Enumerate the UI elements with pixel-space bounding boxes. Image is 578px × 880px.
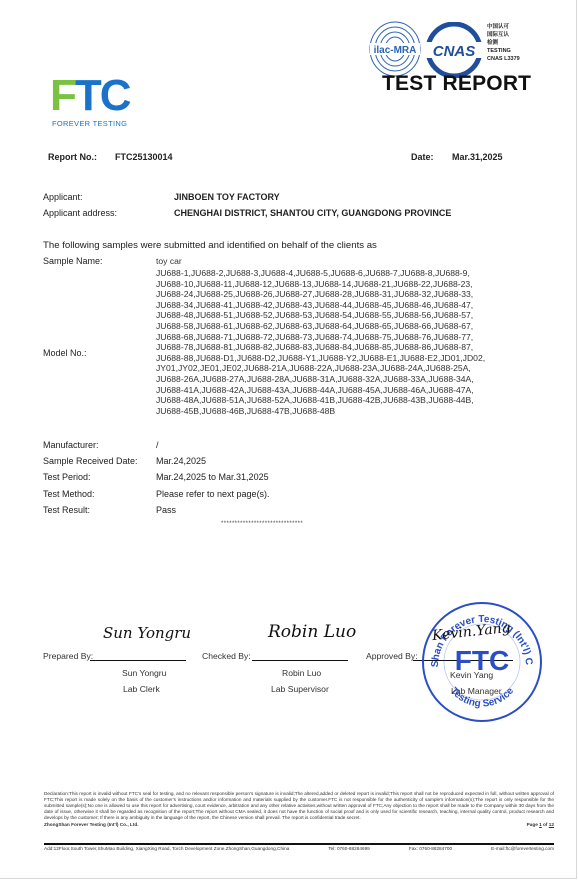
checked-by-label: Checked By: (202, 651, 251, 661)
model-number-line: JU688-48,JU688-51,JU688-52,JU688-53,JU68… (156, 310, 556, 321)
model-number-line: JU688-1,JU688-2,JU688-3,JU688-4,JU688-5,… (156, 268, 556, 279)
applicant-address: CHENGHAI DISTRICT, SHANTOU CITY, GUANGDO… (174, 208, 451, 218)
model-number-line: JY01,JY02,JE01,JE02,JU688-21A,JU688-22A,… (156, 363, 556, 374)
ftc-logo: FTC FOREVER TESTING (50, 74, 140, 134)
cnas-line: 国际互认 (487, 31, 520, 39)
report-number: FTC25130014 (115, 152, 173, 162)
report-number-label: Report No.: (48, 152, 97, 162)
footer-fax: Fax: 0760-88284700 (409, 846, 452, 851)
detail-label: Sample Received Date: (43, 456, 138, 466)
footer-email: E-mail:ftc@forevertesting.com (491, 846, 554, 851)
model-number-line: JU688-24,JU688-25,JU688-26,JU688-27,JU68… (156, 289, 556, 300)
prepared-by-label: Prepared By: (43, 651, 93, 661)
model-number-line: JU688-48A,JU688-51A,JU688-52A,JU688-41B,… (156, 395, 556, 406)
declaration-text: Declaration:This report is invalid witho… (44, 791, 554, 820)
footer: Add:12Floor,South Tower,ShuMao Building,… (44, 846, 554, 851)
model-number-line: JU688-34,JU688-41,JU688-42,JU688-43,JU68… (156, 300, 556, 311)
detail-value: / (156, 440, 159, 450)
approved-by-label: Approved By: (366, 651, 418, 661)
svg-text:ilac-MRA: ilac-MRA (374, 45, 417, 56)
prepared-role: Lab Clerk (123, 684, 160, 694)
detail-value: Please refer to next page(s). (156, 489, 270, 499)
company-seal-icon: ZhongShan Forever Testing (Int'l) Co., L… (420, 600, 544, 724)
page-prefix: Page (527, 822, 540, 827)
separator: ****************************** (221, 521, 303, 527)
applicant-label: Applicant: (43, 192, 83, 202)
checked-name: Robin Luo (282, 668, 321, 678)
model-number-label: Model No.: (43, 348, 87, 358)
approved-name: Kevin Yang (450, 670, 493, 680)
detail-label: Test Period: (43, 472, 91, 482)
detail-value: Pass (156, 505, 176, 515)
detail-label: Test Method: (43, 489, 95, 499)
prepared-signature-line (90, 660, 186, 661)
detail-value: Mar.24,2025 to Mar.31,2025 (156, 472, 269, 482)
page-of: of (542, 822, 549, 827)
prepared-signature: Sun Yongru (103, 624, 191, 642)
page-total: 12 (549, 822, 554, 827)
model-number-line: JU688-58,JU688-61,JU688-62,JU688-63,JU68… (156, 321, 556, 332)
page-indicator: Page 1 of 12 (527, 822, 554, 828)
company-name: ZhongShan Forever Testing (Int'l) Co., L… (44, 822, 139, 828)
model-number-line: JU688-68,JU688-71,JU688-72,JU688-73,JU68… (156, 332, 556, 343)
model-number-line: JU688-88,JU688-D1,JU688-D2,JU688-Y1,JU68… (156, 353, 556, 364)
declaration: Declaration:This report is invalid witho… (44, 791, 554, 829)
cnas-line: TESTING (487, 47, 520, 55)
date-label: Date: (411, 152, 434, 162)
footer-tel: Tel: 0760-88284699 (328, 846, 369, 851)
applicant-value: JINBOEN TOY FACTORY (174, 192, 280, 202)
footer-address: Add:12Floor,South Tower,ShuMao Building,… (44, 846, 289, 851)
model-number-line: JU688-10,JU688-11,JU688-12,JU688-13,JU68… (156, 279, 556, 290)
ftc-logo-letters: FTC (50, 74, 130, 118)
ftc-logo-tagline: FOREVER TESTING (52, 119, 127, 128)
report-date: Mar.31,2025 (452, 152, 503, 162)
cnas-logo-icon: CNAS (426, 22, 482, 78)
model-number-line: JU688-26A,JU688-27A,JU688-28A,JU688-31A,… (156, 374, 556, 385)
svg-text:CNAS: CNAS (433, 43, 476, 60)
footer-divider (44, 843, 554, 845)
ilac-mra-logo-icon: ilac-MRA (368, 20, 422, 78)
detail-value: Mar.24,2025 (156, 456, 206, 466)
intro-text: The following samples were submitted and… (43, 240, 377, 251)
approved-role: Lab Manager (451, 686, 502, 696)
prepared-name: Sun Yongru (122, 668, 166, 678)
model-number-line: JU688-41A,JU688-42A,JU688-43A,JU688-44A,… (156, 385, 556, 396)
model-number-line: JU688-78,JU688-81,JU688-82,JU688-83,JU68… (156, 342, 556, 353)
checked-role: Lab Supervisor (271, 684, 329, 694)
cnas-line: 中国认可 (487, 23, 520, 31)
page-title: TEST REPORT (382, 72, 531, 96)
cnas-accreditation-text: 中国认可 国际互认 检测 TESTING CNAS L3379 (487, 23, 520, 63)
checked-signature-line (252, 660, 348, 661)
cnas-line: CNAS L3379 (487, 55, 520, 63)
sample-name: toy car (156, 256, 182, 266)
detail-label: Manufacturer: (43, 440, 99, 450)
detail-label: Test Result: (43, 505, 90, 515)
cnas-line: 检测 (487, 39, 520, 47)
model-number-list: JU688-1,JU688-2,JU688-3,JU688-4,JU688-5,… (156, 268, 556, 416)
model-number-line: JU688-45B,JU688-46B,JU688-47B,JU688-48B (156, 406, 556, 417)
checked-signature: Robin Luo (268, 622, 356, 642)
applicant-address-label: Applicant address: (43, 208, 117, 218)
sample-name-label: Sample Name: (43, 256, 103, 266)
